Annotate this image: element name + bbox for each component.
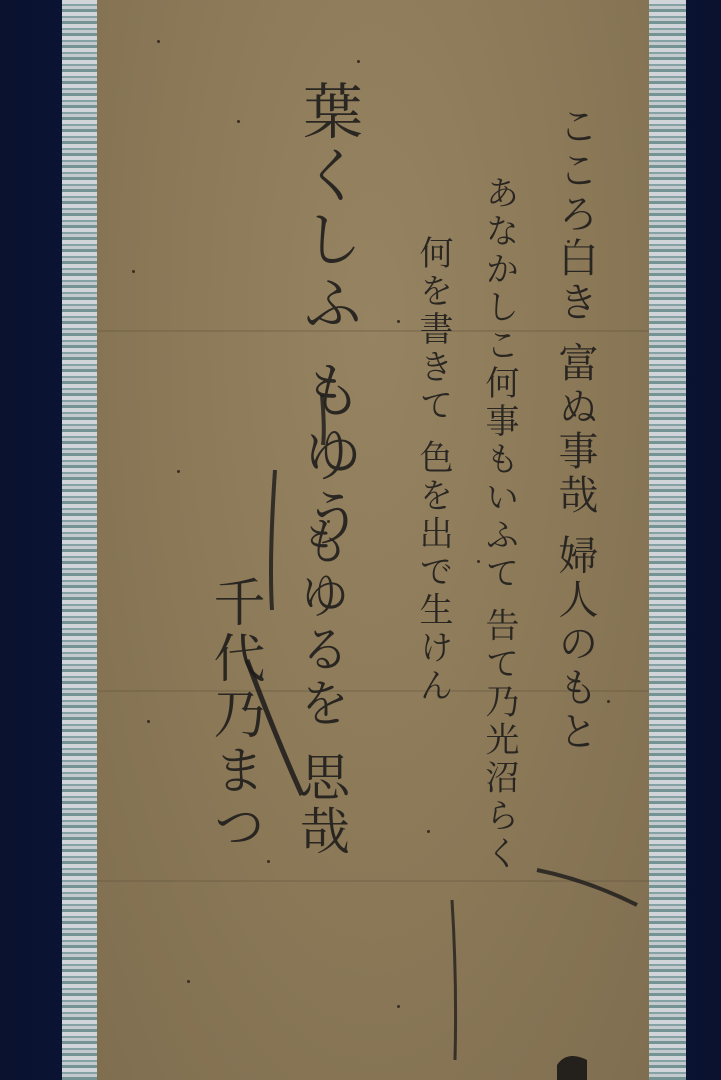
brush-strokes bbox=[97, 0, 649, 1080]
mounting-border-left bbox=[62, 0, 97, 1080]
mounting-border-right bbox=[649, 0, 686, 1080]
scroll-paper: こころ白き 富ぬ事哉 婦人のもと あなかしこ何事もいふて 告て乃光沼らく 何を書… bbox=[97, 0, 649, 1080]
